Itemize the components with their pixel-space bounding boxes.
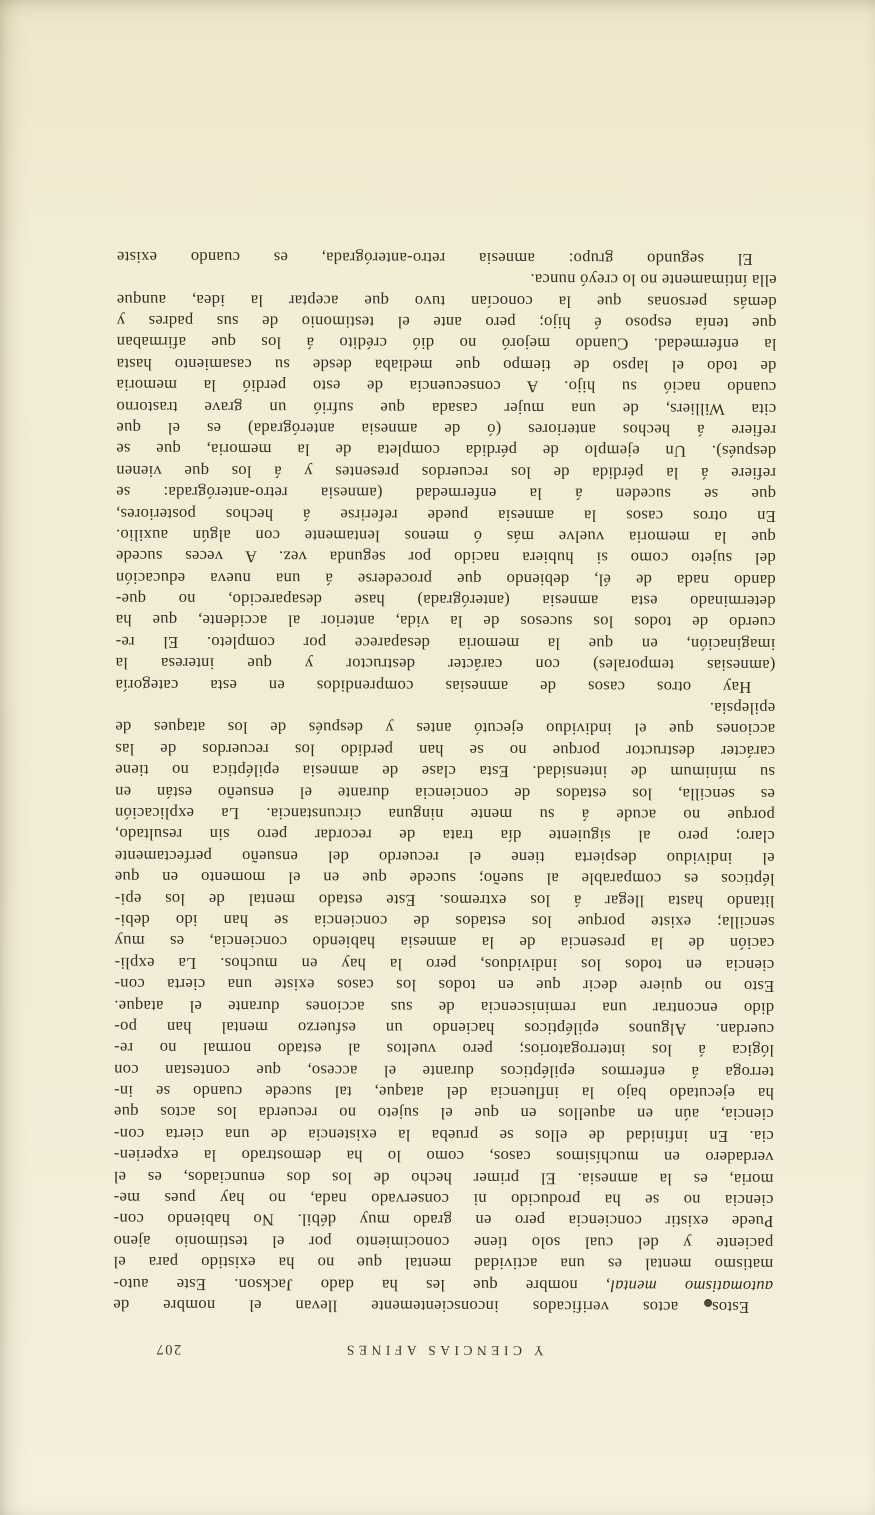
ink-spot-mark <box>704 1299 712 1307</box>
text-line: refiere á hechos anteriores (ó de amnesi… <box>116 417 776 441</box>
text-line: Puede existir conciencia pero en grado m… <box>113 1209 773 1233</box>
text-line: acciones que el individuo ejecutó antes … <box>115 717 775 741</box>
text-line: dando nada de él, debiendo que proceders… <box>116 567 776 591</box>
text-line: de todo el lapso de tiempo que mediaba d… <box>116 353 776 377</box>
text-line: moria, es la amnesia. El primer hecho de… <box>113 1166 773 1190</box>
text-line: terroga á enfermos epilépticos durante e… <box>114 1059 774 1083</box>
page-content-rotated: Y CIENCIAS AFINES 207 Estos actos verifi… <box>0 0 875 1515</box>
text-line: claro; pero al siguiente día trata de re… <box>115 824 775 848</box>
text-line: determinado esta amnesia (anterógrada) h… <box>116 589 776 613</box>
running-head: Y CIENCIAS AFINES 207 <box>113 1339 773 1361</box>
text-line: automatismo mental, nombre que les ha da… <box>113 1273 773 1297</box>
text-line: el individuo despierta tiene el recuerdo… <box>115 845 775 869</box>
running-head-title: Y CIENCIAS AFINES <box>342 1343 543 1359</box>
text-line: cia. En infinidad de ellos se prueba la … <box>114 1123 774 1147</box>
text-line: es sencilla, los estados de conciencia d… <box>115 781 775 805</box>
text-line: ciencia, aún en aquellos en que el sujet… <box>114 1102 774 1126</box>
text-line: carácter destructor porque no se han per… <box>115 738 775 762</box>
text-line: dido encontrar una reminiscencia de sus … <box>114 995 774 1019</box>
text-line: del sujeto como si hubiera nacido por se… <box>116 546 776 570</box>
text-line: porque no acude á su mente ninguna circu… <box>115 802 775 826</box>
text-line: Hay otros casos de amnesias comprendidos… <box>115 674 775 698</box>
text-line: verdadero en muchísimos casos, como lo h… <box>114 1145 774 1169</box>
text-line: ha ejecutado bajo la influencia del ataq… <box>114 1081 774 1105</box>
text-line: que se suceden á la enfermedad (amnesia … <box>116 482 776 506</box>
text-line: Esto no quiere decir que en todos los ca… <box>114 974 774 998</box>
text-line: cuerdan. Algunos epilépticos haciendo un… <box>114 1016 774 1040</box>
text-line: litando hasta llegar á los extremos. Est… <box>114 888 774 912</box>
text-line: que la memoria vuelve más ó menos lentam… <box>116 524 776 548</box>
text-line: su mínimum de intensidad. Esta clase de … <box>115 760 775 784</box>
text-line: Estos actos verificados inconscientement… <box>113 1294 773 1318</box>
text-line: ciencia en todos los individuos, pero la… <box>114 952 774 976</box>
text-line: demás personas que la conocían tuvo que … <box>117 289 777 313</box>
text-line: El segundo grupo: amnesia retro-anterógr… <box>117 246 777 270</box>
text-line: después). Un ejemplo de pérdida completa… <box>116 439 776 463</box>
body-text: Estos actos verificados inconscientement… <box>113 246 777 1318</box>
text-line: cación de la presencia de la amnesia hab… <box>114 931 774 955</box>
text-line: lógica á los interrogatorios; pero vuelt… <box>114 1038 774 1062</box>
text-line: lépticos es comparable al sueño; sucede … <box>115 867 775 891</box>
text-line: refiere á la pérdida de los recuerdos pr… <box>116 460 776 484</box>
book-page-scan: Y CIENCIAS AFINES 207 Estos actos verifi… <box>0 0 875 1515</box>
text-line: la enfermedad. Cuando mejoró no dió créd… <box>116 332 776 356</box>
text-line: que tenía esposo é hijo; pero ante el te… <box>116 311 776 335</box>
text-line: epilepsia. <box>115 696 775 720</box>
text-line: cuerdo de todos los sucesos de la vida, … <box>115 610 775 634</box>
text-line: En otros casos la amnesia puede referirs… <box>116 503 776 527</box>
text-line: matismo mental es una actividad mental q… <box>113 1252 773 1276</box>
text-line: imaginación, en que la memoria desaparec… <box>115 631 775 655</box>
page-number: 207 <box>155 1339 181 1359</box>
text-line: cita Williers, de una mujer casada que s… <box>116 396 776 420</box>
text-line: cuando nació su hijo. A consecuencia de … <box>116 375 776 399</box>
text-line: ella íntimamente no lo creyó nunca. <box>117 268 777 292</box>
text-line: ciencia no se ha producido ni conservado… <box>113 1188 773 1212</box>
text-line: paciente y del cual solo tiene conocimie… <box>113 1230 773 1254</box>
text-line: (amnesias temporales) con carácter destr… <box>115 653 775 677</box>
text-line: sencilla; existe porque los estados de c… <box>114 909 774 933</box>
